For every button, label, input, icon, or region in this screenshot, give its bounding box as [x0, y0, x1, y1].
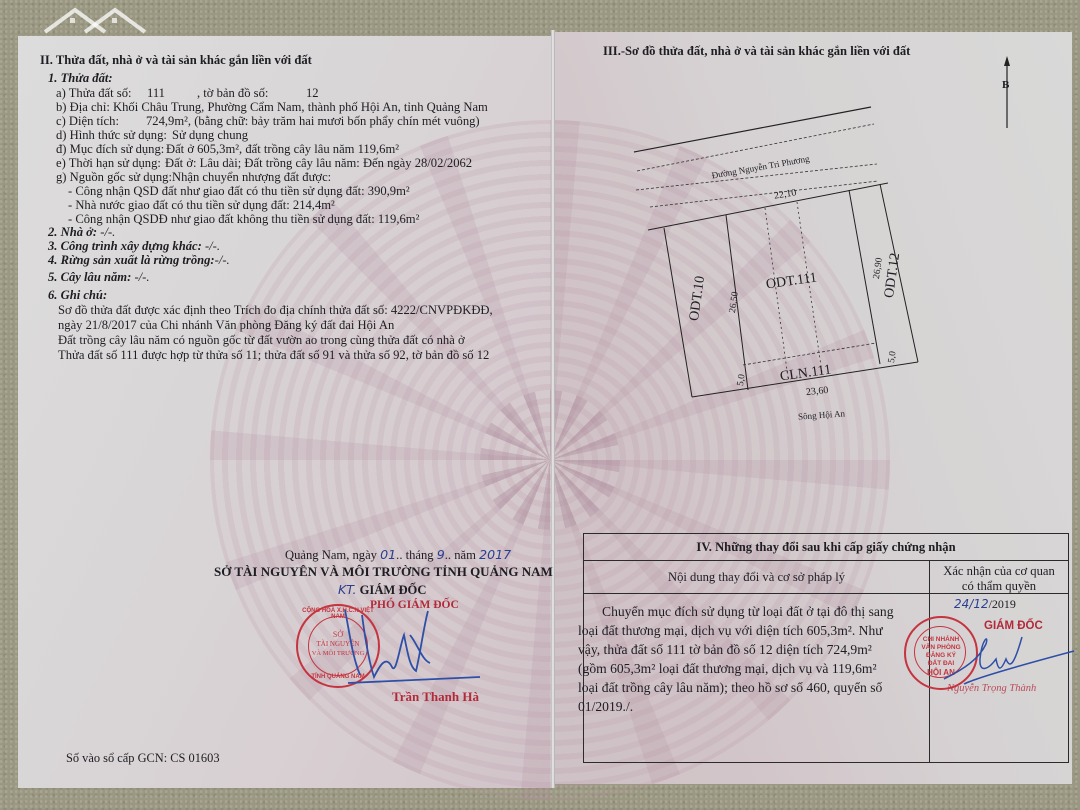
north-label: B: [1002, 78, 1009, 92]
bottom-width: 23,60: [805, 384, 829, 400]
left-strip: 5,0: [734, 373, 750, 387]
col-confirm-header-line2: có thẩm quyền: [930, 578, 1068, 594]
signer-name-right: Nguyễn Trọng Thành: [947, 682, 1036, 696]
section-iv-title: IV. Những thay đổi sau khi cấp giấy chứn…: [584, 534, 1068, 561]
change-entry: Chuyển mục đích sử dụng từ loại đất ở tạ…: [578, 602, 924, 716]
right-strip: 5,0: [885, 350, 901, 364]
signature-right: [934, 629, 1074, 689]
confirm-year: /2019: [989, 597, 1016, 611]
col-confirm-header-line1: Xác nhận của cơ quan: [930, 563, 1068, 579]
changes-table: IV. Những thay đổi sau khi cấp giấy chứn…: [583, 533, 1069, 763]
left-depth: 26,50: [726, 291, 743, 314]
confirm-date-handwritten: 24/12: [954, 597, 989, 611]
col-content-header: Nội dung thay đổi và cơ sở pháp lý: [584, 569, 929, 585]
